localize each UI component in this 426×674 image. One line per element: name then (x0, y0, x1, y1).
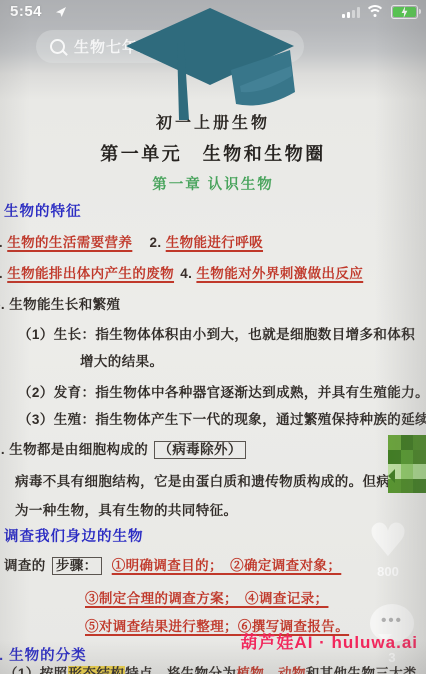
trait-1: 生物的生活需要营养 (7, 235, 132, 250)
line-survey-steps-1: 调查的 步骤： ①明确调查目的； ②确定调查对象； (4, 554, 341, 574)
status-time: 5:54 (10, 3, 42, 20)
location-arrow-icon (56, 7, 66, 17)
wifi-icon (366, 5, 384, 18)
doc-unit-title: 第一单元 生物和生物圈 (0, 140, 426, 166)
trait-6-text: 6. 生物都是由细胞构成的 (0, 442, 148, 457)
classify-sep: 、 (264, 666, 278, 674)
steps-box: 步骤： (52, 557, 102, 575)
steps-3-4: ③制定合理的调查方案； ④调查记录； (85, 591, 328, 606)
doc-chapter-title: 第一章 认识生物 (0, 173, 426, 194)
cellular-signal-icon (342, 7, 360, 18)
line-trait-5: 5. 生物能生长和繁殖 (0, 293, 120, 313)
line-growth-2: 增大的结果。 (80, 350, 163, 370)
line-reproduce: （3）生殖：指生物体产生下一代的现象，通过繁殖保持种族的延续。 (18, 408, 426, 428)
virus-exception-box: （病毒除外） (154, 441, 245, 459)
screen: 5:54 生物七年级上册 初一上册生物 第一单元 生物和生物圈 第一章 认识生物… (0, 0, 426, 674)
classify-red-2: 动物 (278, 666, 306, 674)
battery-icon (391, 5, 418, 19)
classify-pre: （1）按照 (4, 666, 68, 674)
item-number: 2. (149, 235, 161, 250)
like-button-heart-icon[interactable]: ♥ (364, 516, 412, 564)
status-bar: 5:54 (0, 0, 426, 24)
item-number: 3. (0, 266, 3, 281)
classify-mid: 特点，将生物分为 (125, 666, 236, 674)
watermark: 葫芦娃AI · huluwa.ai (240, 628, 418, 653)
line-classify-1: （1）按照形态结构特点，将生物分为植物、动物和其他生物三大类 (4, 662, 417, 674)
trait-2: 生物能进行呼吸 (166, 235, 263, 250)
heading-traits: 生物的特征 (4, 200, 82, 221)
classify-highlight: 形态结构 (68, 666, 126, 674)
item-number: 4. (180, 266, 192, 281)
like-count: 800 (364, 564, 412, 579)
trait-3: 生物能排出体内产生的废物 (7, 266, 174, 281)
heading-survey: 调查我们身边的生物 (4, 525, 144, 546)
classify-red-1: 植物 (236, 666, 264, 674)
line-growth-1: （1）生长：指生物体体积由小到大，也就是细胞数目增多和体积 (18, 323, 415, 343)
line-virus-1: 病毒不具有细胞结构，它是由蛋白质和遗传物质构成的。但病毒仍 (15, 470, 418, 490)
survey-label: 调查的 (4, 558, 46, 573)
line-virus-2: 为一种生物，具有生物的共同特征。 (15, 499, 237, 519)
line-trait-6: 6. 生物都是由细胞构成的 （病毒除外） (0, 438, 246, 458)
item-number: 1. (0, 235, 3, 250)
steps-1-2: ①明确调查目的； ②确定调查对象； (112, 558, 342, 573)
doc-title: 初一上册生物 (0, 110, 426, 133)
line-traits-1-2: 1. 生物的生活需要营养 2. 生物能进行呼吸 (0, 231, 263, 251)
line-develop: （2）发育：指生物体中各种器官逐渐达到成熟，并具有生殖能力。 (18, 381, 426, 401)
line-traits-3-4: 3. 生物能排出体内产生的废物 4. 生物能对外界刺激做出反应 (0, 262, 363, 282)
trait-4: 生物能对外界刺激做出反应 (196, 266, 363, 281)
censored-sticker (388, 435, 426, 493)
line-survey-steps-2: ③制定合理的调查方案； ④调查记录； (85, 587, 328, 607)
classify-end: 和其他生物三大类 (306, 666, 417, 674)
